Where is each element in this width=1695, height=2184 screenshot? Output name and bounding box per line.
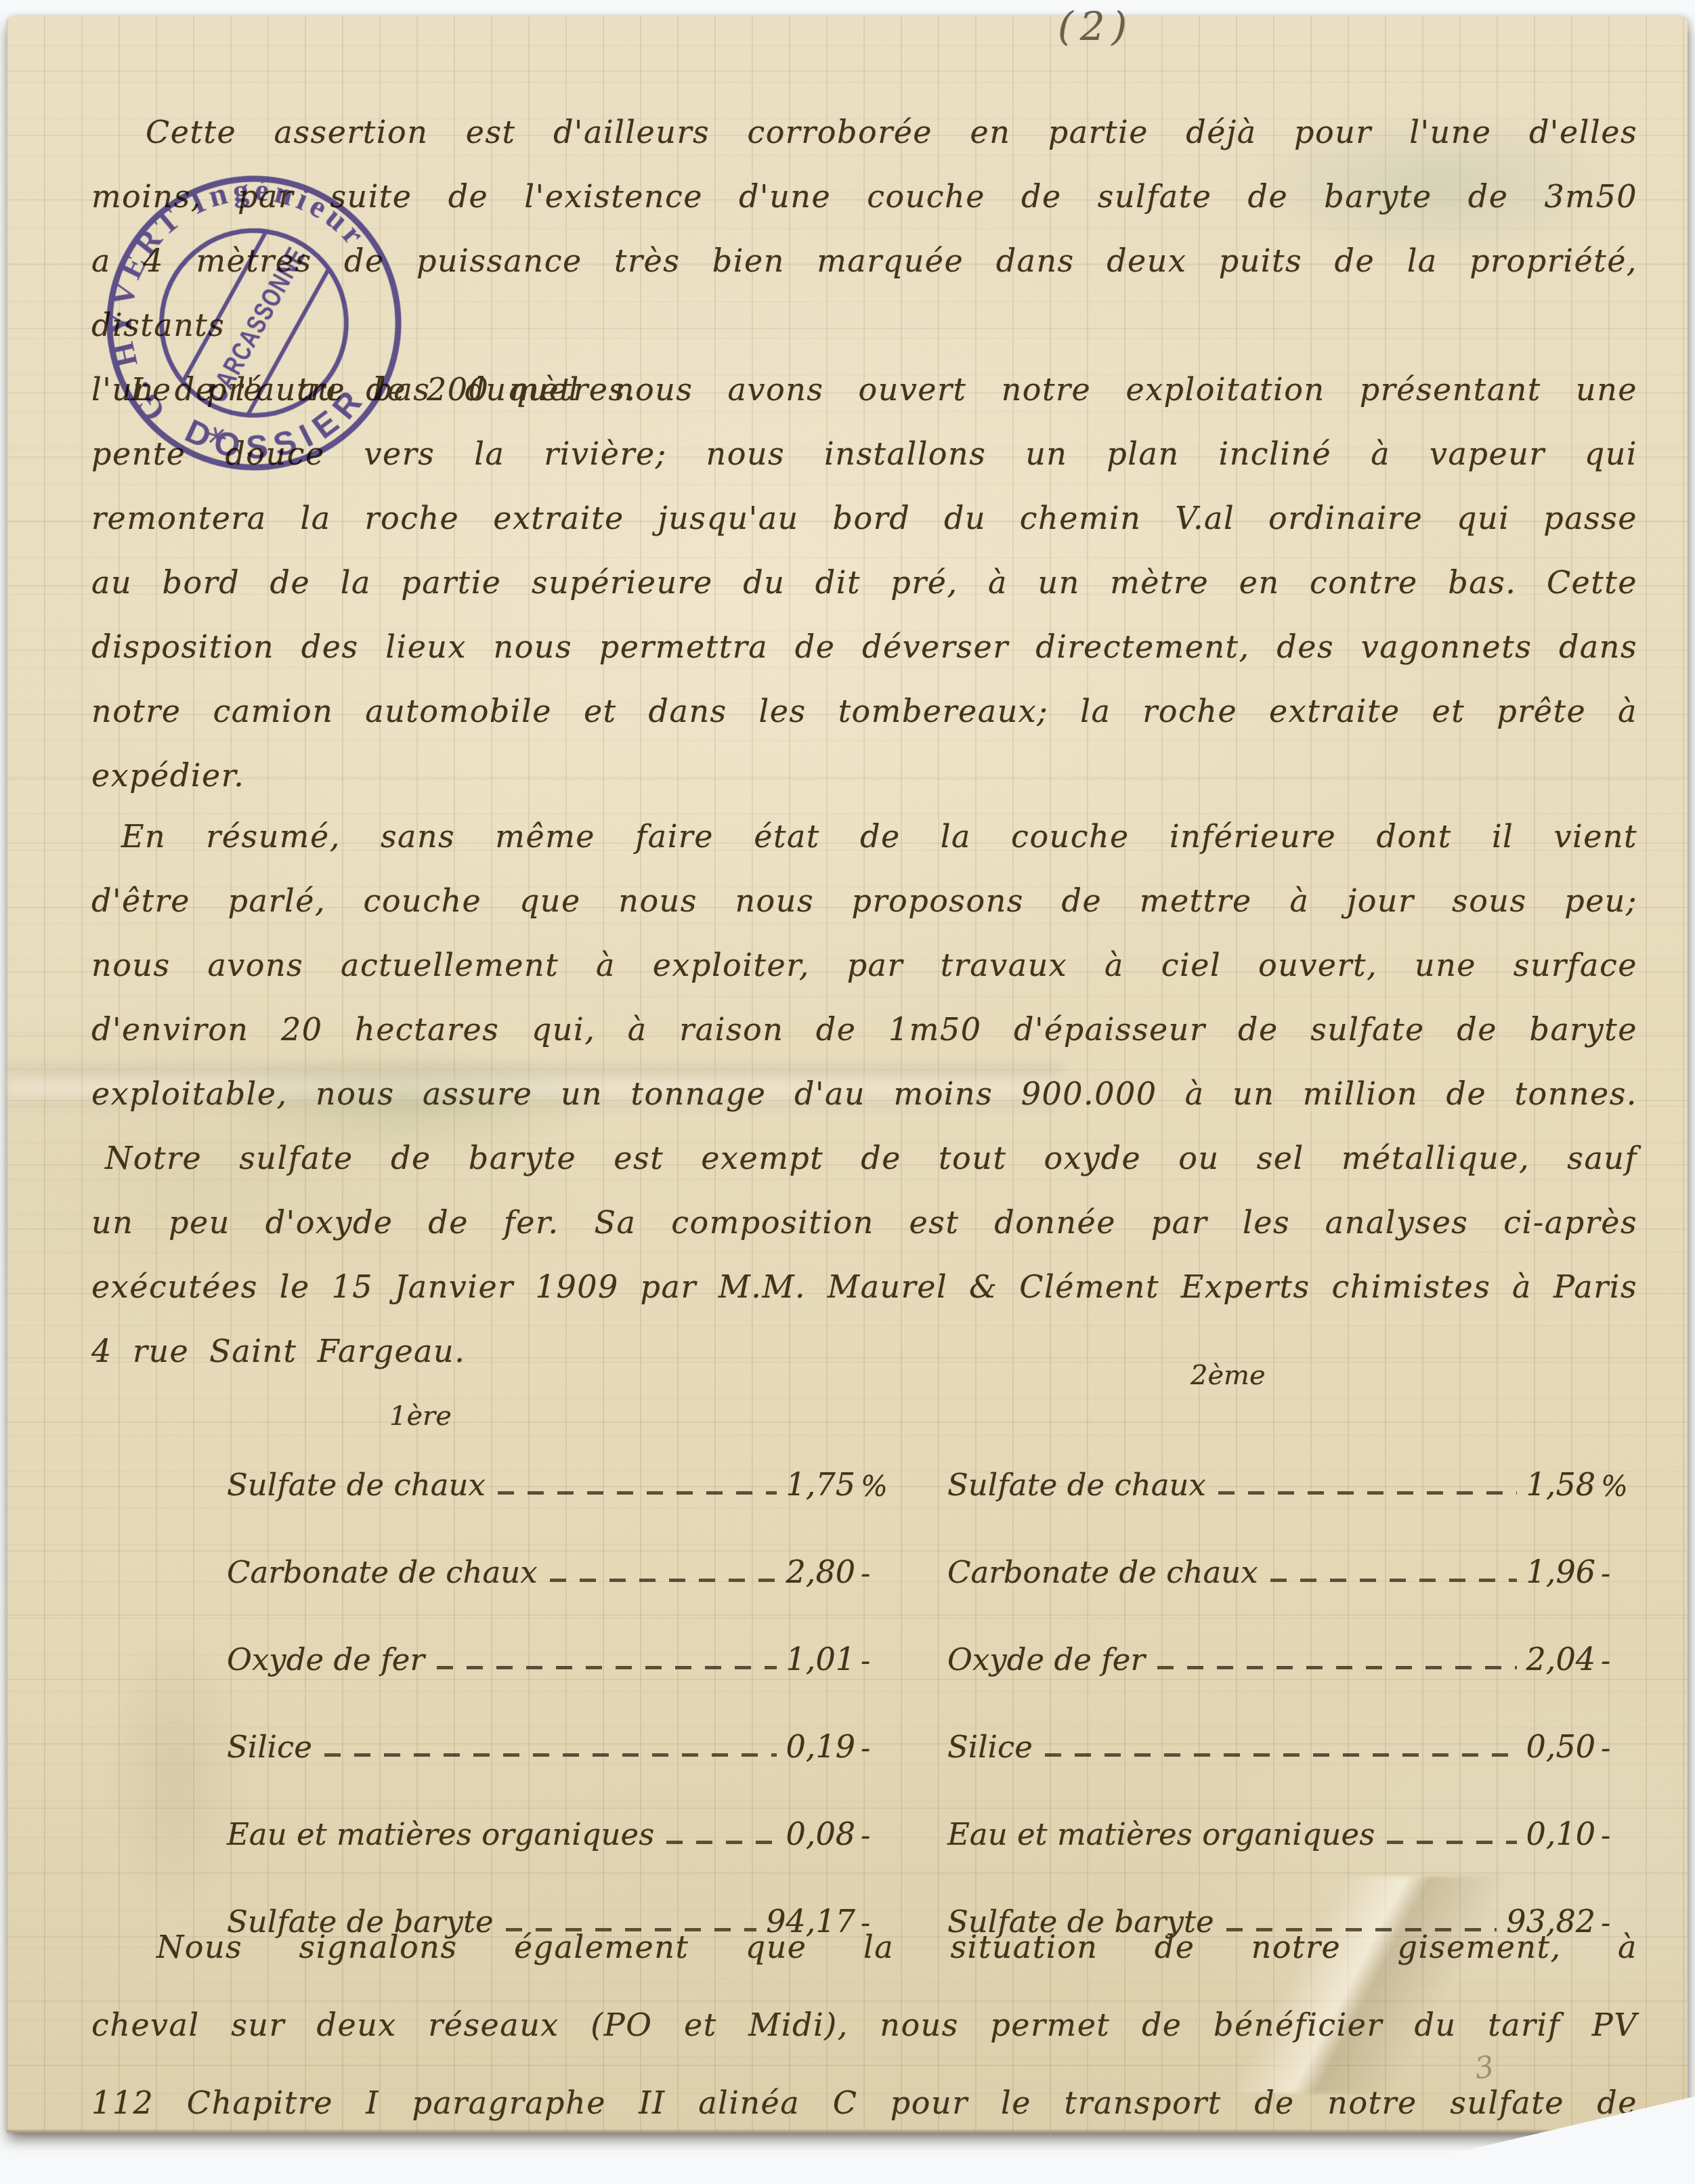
dotted-leader (1387, 1841, 1516, 1844)
analysis-value: 2,80 (786, 1554, 855, 1590)
analysis-column-1: Sulfate de chaux 1,75 % Carbonate de cha… (227, 1430, 899, 1954)
dotted-leader (324, 1753, 777, 1757)
analysis-label: Silice (947, 1729, 1033, 1765)
handwritten-line: disposition des lieux nous permettra de … (91, 615, 1637, 679)
analysis-row: Carbonate de chaux 1,96 - (947, 1518, 1639, 1605)
analysis-row: Sulfate de chaux 1,75 % (227, 1430, 899, 1518)
analysis-unit: - (1595, 1732, 1639, 1765)
handwritten-line: au bord de la partie supérieure du dit p… (91, 551, 1637, 615)
analysis-row: Eau et matières organiques 0,08 - (227, 1780, 899, 1867)
analysis-unit: - (1595, 1557, 1639, 1590)
analysis-label: Eau et matières organiques (947, 1816, 1375, 1852)
analysis-label: Silice (227, 1729, 312, 1765)
handwritten-line: Notre sulfate de baryte est exempt de to… (91, 1126, 1637, 1191)
stamp-center-text: CARCASSONNE (202, 242, 312, 407)
handwritten-line: un peu d'oxyde de fer. Sa composition es… (91, 1191, 1637, 1255)
analysis-row: Eau et matières organiques 0,10 - (947, 1780, 1639, 1867)
dotted-leader (437, 1666, 777, 1669)
analysis-unit: - (855, 1644, 899, 1677)
dotted-leader (1157, 1666, 1517, 1669)
analysis-value: 0,50 (1526, 1728, 1595, 1765)
handwritten-line: En résumé, sans même faire état de la co… (91, 805, 1637, 869)
handwritten-line: d'environ 20 hectares qui, à raison de 1… (91, 998, 1637, 1062)
analysis-column-2: Sulfate de chaux 1,58 % Carbonate de cha… (947, 1430, 1639, 1954)
dotted-leader (1270, 1579, 1517, 1582)
dotted-leader (1218, 1491, 1517, 1495)
analysis-label: Eau et matières organiques (227, 1816, 654, 1852)
analysis-row: Oxyde de fer 2,04 - (947, 1605, 1639, 1692)
analysis-label: Oxyde de fer (227, 1642, 425, 1677)
analysis-label: Carbonate de chaux (947, 1554, 1258, 1590)
analysis-row: Carbonate de chaux 2,80 - (227, 1518, 899, 1605)
analysis-unit: - (855, 1732, 899, 1765)
analysis-row: Sulfate de chaux 1,58 % (947, 1430, 1639, 1518)
handwritten-line: cheval sur deux réseaux (PO et Midi), no… (91, 1986, 1637, 2064)
analysis-unit: - (1595, 1819, 1639, 1852)
analysis-unit: % (855, 1470, 899, 1503)
analysis-value: 0,10 (1526, 1816, 1595, 1852)
analysis-row: Oxyde de fer 1,01 - (227, 1605, 899, 1692)
analysis-column2-header: 2ème (1190, 1360, 1266, 1391)
analysis-row: Silice 0,19 - (227, 1692, 899, 1780)
handwritten-line: exécutées le 15 Janvier 1909 par M.M. Ma… (91, 1255, 1637, 1319)
analysis-value: 1,96 (1526, 1554, 1595, 1590)
analysis-unit: - (1595, 1644, 1639, 1677)
handwritten-line: expédier. (91, 744, 1637, 808)
dotted-leader (666, 1841, 776, 1844)
dotted-leader (498, 1491, 777, 1495)
analysis-label: Oxyde de fer (947, 1642, 1145, 1677)
analysis-column1-header: 1ère (389, 1400, 452, 1432)
analysis-label: Sulfate de chaux (227, 1467, 486, 1503)
handwritten-line: d'être parlé, couche que nous nous propo… (91, 869, 1637, 933)
analysis-value: 0,08 (786, 1816, 855, 1852)
paragraph: Notre sulfate de baryte est exempt de to… (91, 1126, 1637, 1384)
handwritten-line: remontera la roche extraite jusqu'au bor… (91, 486, 1637, 551)
scanned-document-page: (2) Cette assertion est d'ailleurs corro… (0, 0, 1695, 2184)
handwritten-line: 112 Chapitre I paragraphe II alinéa C po… (91, 2064, 1637, 2142)
analysis-row: Silice 0,50 - (947, 1692, 1639, 1780)
analysis-label: Carbonate de chaux (227, 1554, 538, 1590)
analysis-value: 0,19 (786, 1728, 855, 1765)
analysis-value: 1,01 (786, 1641, 855, 1677)
analysis-label: Sulfate de chaux (947, 1467, 1206, 1503)
handwritten-line: Nous signalons également que la situatio… (91, 1908, 1637, 1986)
analysis-unit: % (1595, 1470, 1639, 1503)
closing-paragraph: Nous signalons également que la situatio… (91, 1908, 1637, 2142)
handwritten-line: notre camion automobile et dans les tomb… (91, 679, 1637, 744)
analysis-value: 1,75 (786, 1466, 855, 1503)
analysis-value: 2,04 (1526, 1641, 1595, 1677)
paper-stain (108, 1628, 244, 1912)
dotted-leader (550, 1579, 777, 1582)
analysis-value: 1,58 (1526, 1466, 1595, 1503)
analysis-unit: - (855, 1819, 899, 1852)
dotted-leader (1045, 1753, 1517, 1757)
handwritten-line: exploitable, nous assure un tonnage d'au… (91, 1062, 1637, 1126)
handwritten-line: 4 rue Saint Fargeau. (91, 1319, 1637, 1384)
analysis-table: Sulfate de chaux 1,75 % Carbonate de cha… (227, 1430, 1639, 1954)
analysis-unit: - (855, 1557, 899, 1590)
paragraph: En résumé, sans même faire état de la co… (91, 805, 1637, 1126)
handwritten-line: nous avons actuellement à exploiter, par… (91, 933, 1637, 998)
page-number: (2) (1058, 0, 1134, 53)
